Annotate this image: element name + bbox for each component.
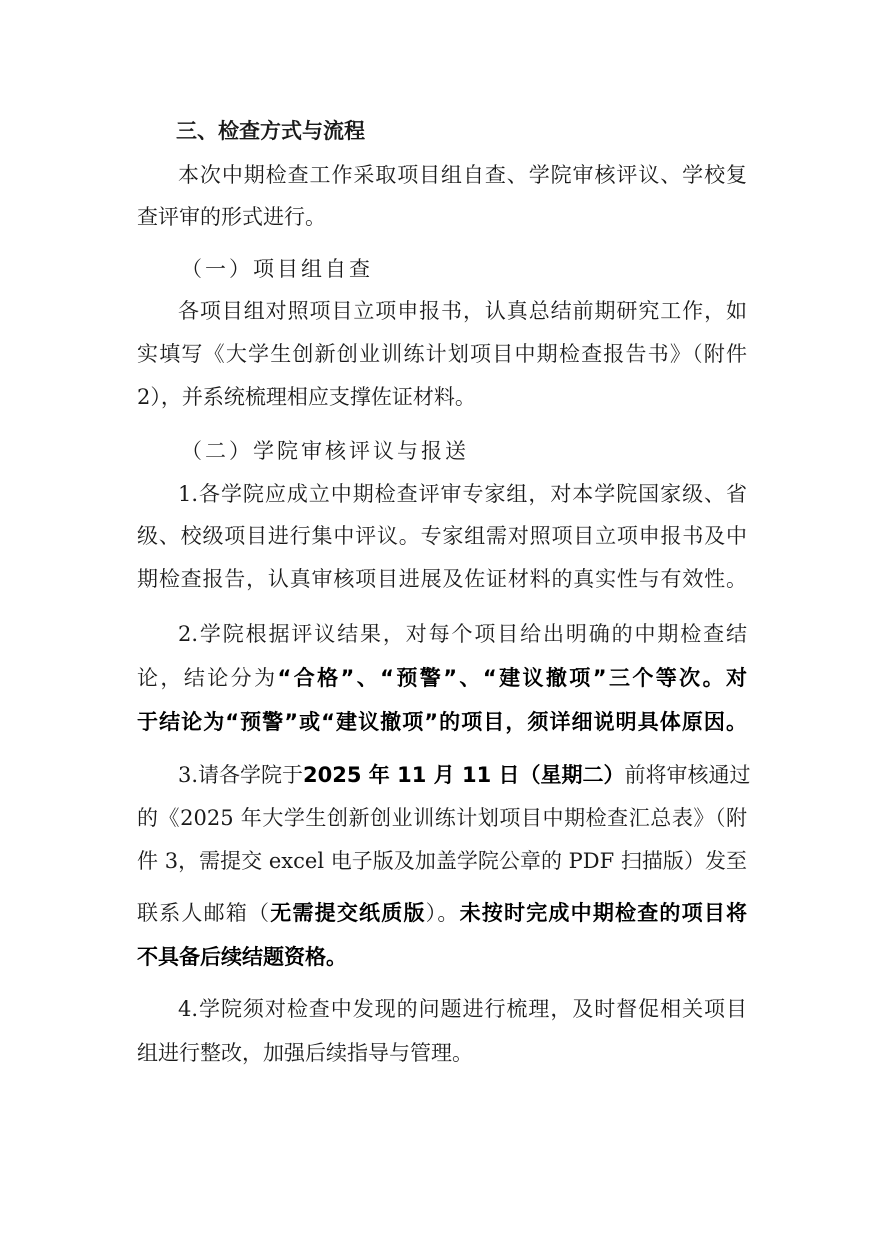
deadline-date: 2025 年 11 月 11 日（星期二） — [303, 763, 624, 787]
paragraph-line: 实填写《大学生创新创业训练计划项目中期检查报告书》（附件 — [137, 340, 747, 368]
text-bold: 不具备后续结题资格。 — [137, 945, 347, 969]
paragraph-line: 级、校级项目进行集中评议。专家组需对照项目立项申报书及中 — [137, 522, 747, 550]
text-regular: ）。 — [426, 901, 460, 925]
paragraph-line: 联系人邮箱（无需提交纸质版）。未按时完成中期检查的项目将 — [137, 899, 747, 927]
paragraph-line: 件 3，需提交 excel 电子版及加盖学院公章的 PDF 扫描版）发至 — [137, 847, 747, 875]
paragraph-line: 组进行整改，加强后续指导与管理。 — [137, 1039, 747, 1067]
subsection-title: （一）项目组自查 — [181, 255, 791, 283]
subsection-title: （二）学院审核评议与报送 — [181, 437, 791, 465]
paragraph-line: 查评审的形式进行。 — [137, 203, 747, 231]
text-regular: 3.请各学院于 — [178, 763, 303, 787]
paragraph-line: 1.各学院应成立中期检查评审专家组，对本学院国家级、省 — [178, 480, 747, 508]
text-bold: 于结论为“预警”或“建议撤项”的项目，须详细说明具体原因。 — [137, 710, 747, 734]
paragraph-line: 不具备后续结题资格。 — [137, 943, 747, 971]
text-bold: 无需提交纸质版 — [270, 901, 425, 925]
paragraph-line: 3.请各学院于2025 年 11 月 11 日（星期二）前将审核通过 — [178, 761, 747, 789]
text-regular: 论，结论分为 — [137, 666, 278, 690]
paragraph-line: 2.学院根据评议结果，对每个项目给出明确的中期检查结 — [178, 620, 747, 648]
paragraph-line: 4.学院须对检查中发现的问题进行梳理，及时督促相关项目 — [178, 995, 747, 1023]
paragraph-line: 论，结论分为“合格”、“预警”、“建议撤项”三个等次。对 — [137, 664, 747, 692]
paragraph-line: 期检查报告，认真审核项目进展及佐证材料的真实性与有效性。 — [137, 565, 747, 593]
paragraph-line: 的《2025 年大学生创新创业训练计划项目中期检查汇总表》（附 — [137, 804, 747, 832]
text-bold: 未按时完成中期检查的项目将 — [460, 901, 747, 925]
text-regular: 前将审核通过 — [625, 763, 751, 787]
text-regular: 联系人邮箱（ — [137, 901, 270, 925]
paragraph-line: 各项目组对照项目立项申报书，认真总结前期研究工作，如 — [178, 297, 747, 325]
section-heading: 三、检查方式与流程 — [176, 117, 786, 145]
text-bold: “合格”、“预警”、“建议撤项”三个等次。对 — [278, 666, 748, 690]
paragraph-line: 2），并系统梳理相应支撑佐证材料。 — [137, 383, 747, 411]
paragraph-line: 本次中期检查工作采取项目组自查、学院审核评议、学校复 — [178, 161, 747, 189]
paragraph-line: 于结论为“预警”或“建议撤项”的项目，须详细说明具体原因。 — [137, 708, 747, 736]
